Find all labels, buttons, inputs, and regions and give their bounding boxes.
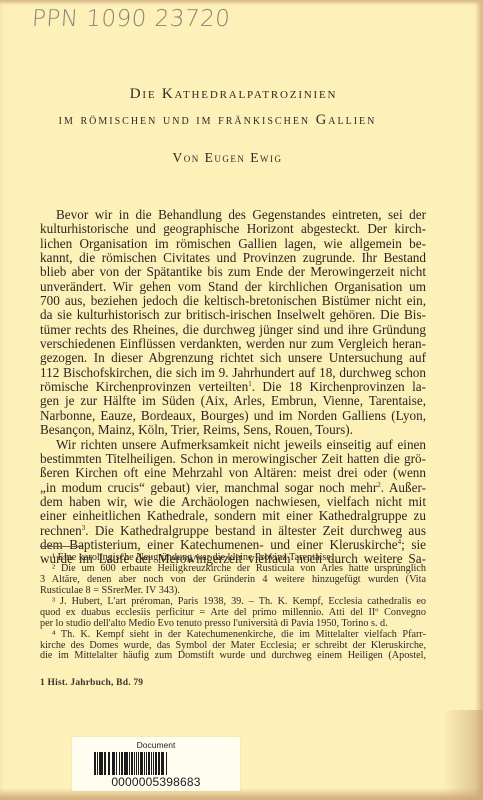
body-line: Narbonne, Eauze, Bordeaux, Bourges) und … [40,409,426,423]
body-line: bestimmten Titelheiligen. Schon in merow… [40,452,426,466]
footnote-line-text: ¹ Eine karolingische Neugründung war die… [52,552,333,563]
body-line-text: gezogen. In dieser Abgrenzung richtet si… [40,350,426,365]
footnote-line-text: 3 Altäre, denen aber noch von der Gründe… [40,574,426,585]
body-line-text: gen je zur Hälfte im Süden (Aix, Arles, … [40,393,426,408]
page-corner-stain [443,710,483,800]
barcode-number: 0000005398683 [72,775,240,789]
body-line-text: blieb aber von der Spätantike bis zum En… [40,264,426,279]
body-line: tümer rechts des Rheines, die durchweg j… [40,323,426,337]
scanned-page: PPN 1090 23720 Die Kathedralpatrozinien … [0,0,483,800]
body-line: „in modum crucis“ gebaut) vier, manchmal… [40,481,426,495]
body-line: unverändert. Wir gehen vom Stand der kir… [40,280,426,294]
barcode-title: Document [72,740,240,750]
barcode-icon [94,752,219,775]
article-title-line-2: im römischen und im fränkischen Gallien [0,112,459,129]
footnote-line-text: Rusticulae 8 = SSrerMer. IV 343). [40,585,180,596]
body-line-text: da sie kulturhistorisch zur britisch-iri… [40,307,426,322]
body-line-text: Wir richten unsere Aufmerksamkeit nicht … [56,437,426,452]
body-line-text: Besançon, Mainz, Köln, Trier, Reims, Sen… [40,422,353,437]
body-line-text: verschiedenen Einflüssen verdankten, wer… [40,336,426,351]
footnotes: ¹ Eine karolingische Neugründung war die… [40,553,426,662]
body-line-text: „in modum crucis“ gebaut) vier, manchmal… [40,480,377,495]
body-line: 700 aus, beziehen jedoch die keltisch-br… [40,294,426,308]
body-line: römische Kirchenprovinzen verteilten1. D… [40,380,426,394]
footnote-line: die im Mittelalter häufig zum Domstift w… [40,651,426,662]
body-line: 112 Bischofskirchen, die sich im 9. Jahr… [40,366,426,380]
body-line: blieb aber von der Spätantike bis zum En… [40,265,426,279]
footnote-line-text: per lo studio dell'alto Medio Evo tenuto… [40,618,388,629]
page-edge-right [475,0,483,800]
body-line-text: ; sie [401,537,426,552]
handwritten-shelfmark: PPN 1090 23720 [31,6,231,32]
body-line: Bevor wir in die Behandlung des Gegensta… [40,208,426,222]
article-author: Von Eugen Ewig [0,150,469,166]
body-line: rechnen3. Die Kathedralgruppe bestand in… [40,524,426,538]
body-line: einer einheitlichen Kathedrale, sondern … [40,509,426,523]
body-line: lichen Organisation im römischen Gallien… [40,237,426,251]
body-text: Bevor wir in die Behandlung des Gegensta… [40,208,426,567]
body-line-text: dem Baptisterium, einer Katechumenen- un… [40,537,398,552]
body-line-text: einer einheitlichen Kathedrale, sondern … [40,508,426,523]
footnote-divider [40,546,84,547]
footnote-line-text: quod ex duabus ecclesiis perficitur = Ar… [40,607,426,618]
footnote-line-text: ⁴ Th. K. Kempf sieht in der Katechumenen… [52,629,426,640]
footnote-line-text: die im Mittelalter häufig zum Domstift w… [40,650,426,661]
body-line-text: . Die 18 Kirchenprovinzen la- [252,379,426,394]
body-line: dem haben wir, wie die Archäologen nachw… [40,495,426,509]
body-line: Besançon, Mainz, Köln, Trier, Reims, Sen… [40,423,426,437]
body-line: kannt, die römischen Civitates und Provi… [40,251,426,265]
signature-line: 1 Hist. Jahrbuch, Bd. 79 [40,678,143,688]
body-line-text: . Die Kathedralgruppe bestand in älteste… [85,523,426,538]
body-line: kulturhistorische und geographische Hori… [40,222,426,236]
body-line: Wir richten unsere Aufmerksamkeit nicht … [40,438,426,452]
body-line-text: kulturhistorische und geographische Hori… [40,221,426,236]
body-line-text: ßeren Kirchen oft eine Mehrzahl von Altä… [40,465,426,480]
body-line-text: Narbonne, Eauze, Bordeaux, Bourges) und … [40,408,426,423]
barcode-label: Document 0000005398683 [72,737,240,791]
body-line: dem Baptisterium, einer Katechumenen- un… [40,538,426,552]
body-line-text: 700 aus, beziehen jedoch die keltisch-br… [40,293,426,308]
body-line-text: bestimmten Titelheiligen. Schon in merow… [40,451,426,466]
body-line-text: römische Kirchenprovinzen verteilten [40,379,248,394]
page-edge-top [0,0,483,4]
body-line: gen je zur Hälfte im Süden (Aix, Arles, … [40,394,426,408]
body-line-text: 112 Bischofskirchen, die sich im 9. Jahr… [40,365,426,380]
body-line-text: rechnen [40,523,82,538]
barcode-bar [167,752,168,775]
footnote-line-text: kirche des Domes wurde, das Symbol der M… [40,640,426,651]
footnote-line-text: ³ J. Hubert, L'art préroman, Paris 1938,… [52,596,426,607]
body-line: da sie kulturhistorisch zur britisch-iri… [40,308,426,322]
body-line-text: Bevor wir in die Behandlung des Gegensta… [56,207,426,222]
article-title-line-1: Die Kathedralpatrozinien [0,86,475,103]
body-line-text: dem haben wir, wie die Archäologen nachw… [40,494,426,509]
body-line-text: unverändert. Wir gehen vom Stand der kir… [40,279,426,294]
footnote-line-text: ² Die um 600 erbaute Heiligkreuzkirche d… [52,563,426,574]
body-line-text: tümer rechts des Rheines, die durchweg j… [40,322,426,337]
body-line: gezogen. In dieser Abgrenzung richtet si… [40,351,426,365]
body-line-text: kannt, die römischen Civitates und Provi… [40,250,426,265]
body-line-text: . Außer- [381,480,426,495]
body-line: ßeren Kirchen oft eine Mehrzahl von Altä… [40,466,426,480]
body-line-text: lichen Organisation im römischen Gallien… [40,236,426,251]
body-line: verschiedenen Einflüssen verdankten, wer… [40,337,426,351]
